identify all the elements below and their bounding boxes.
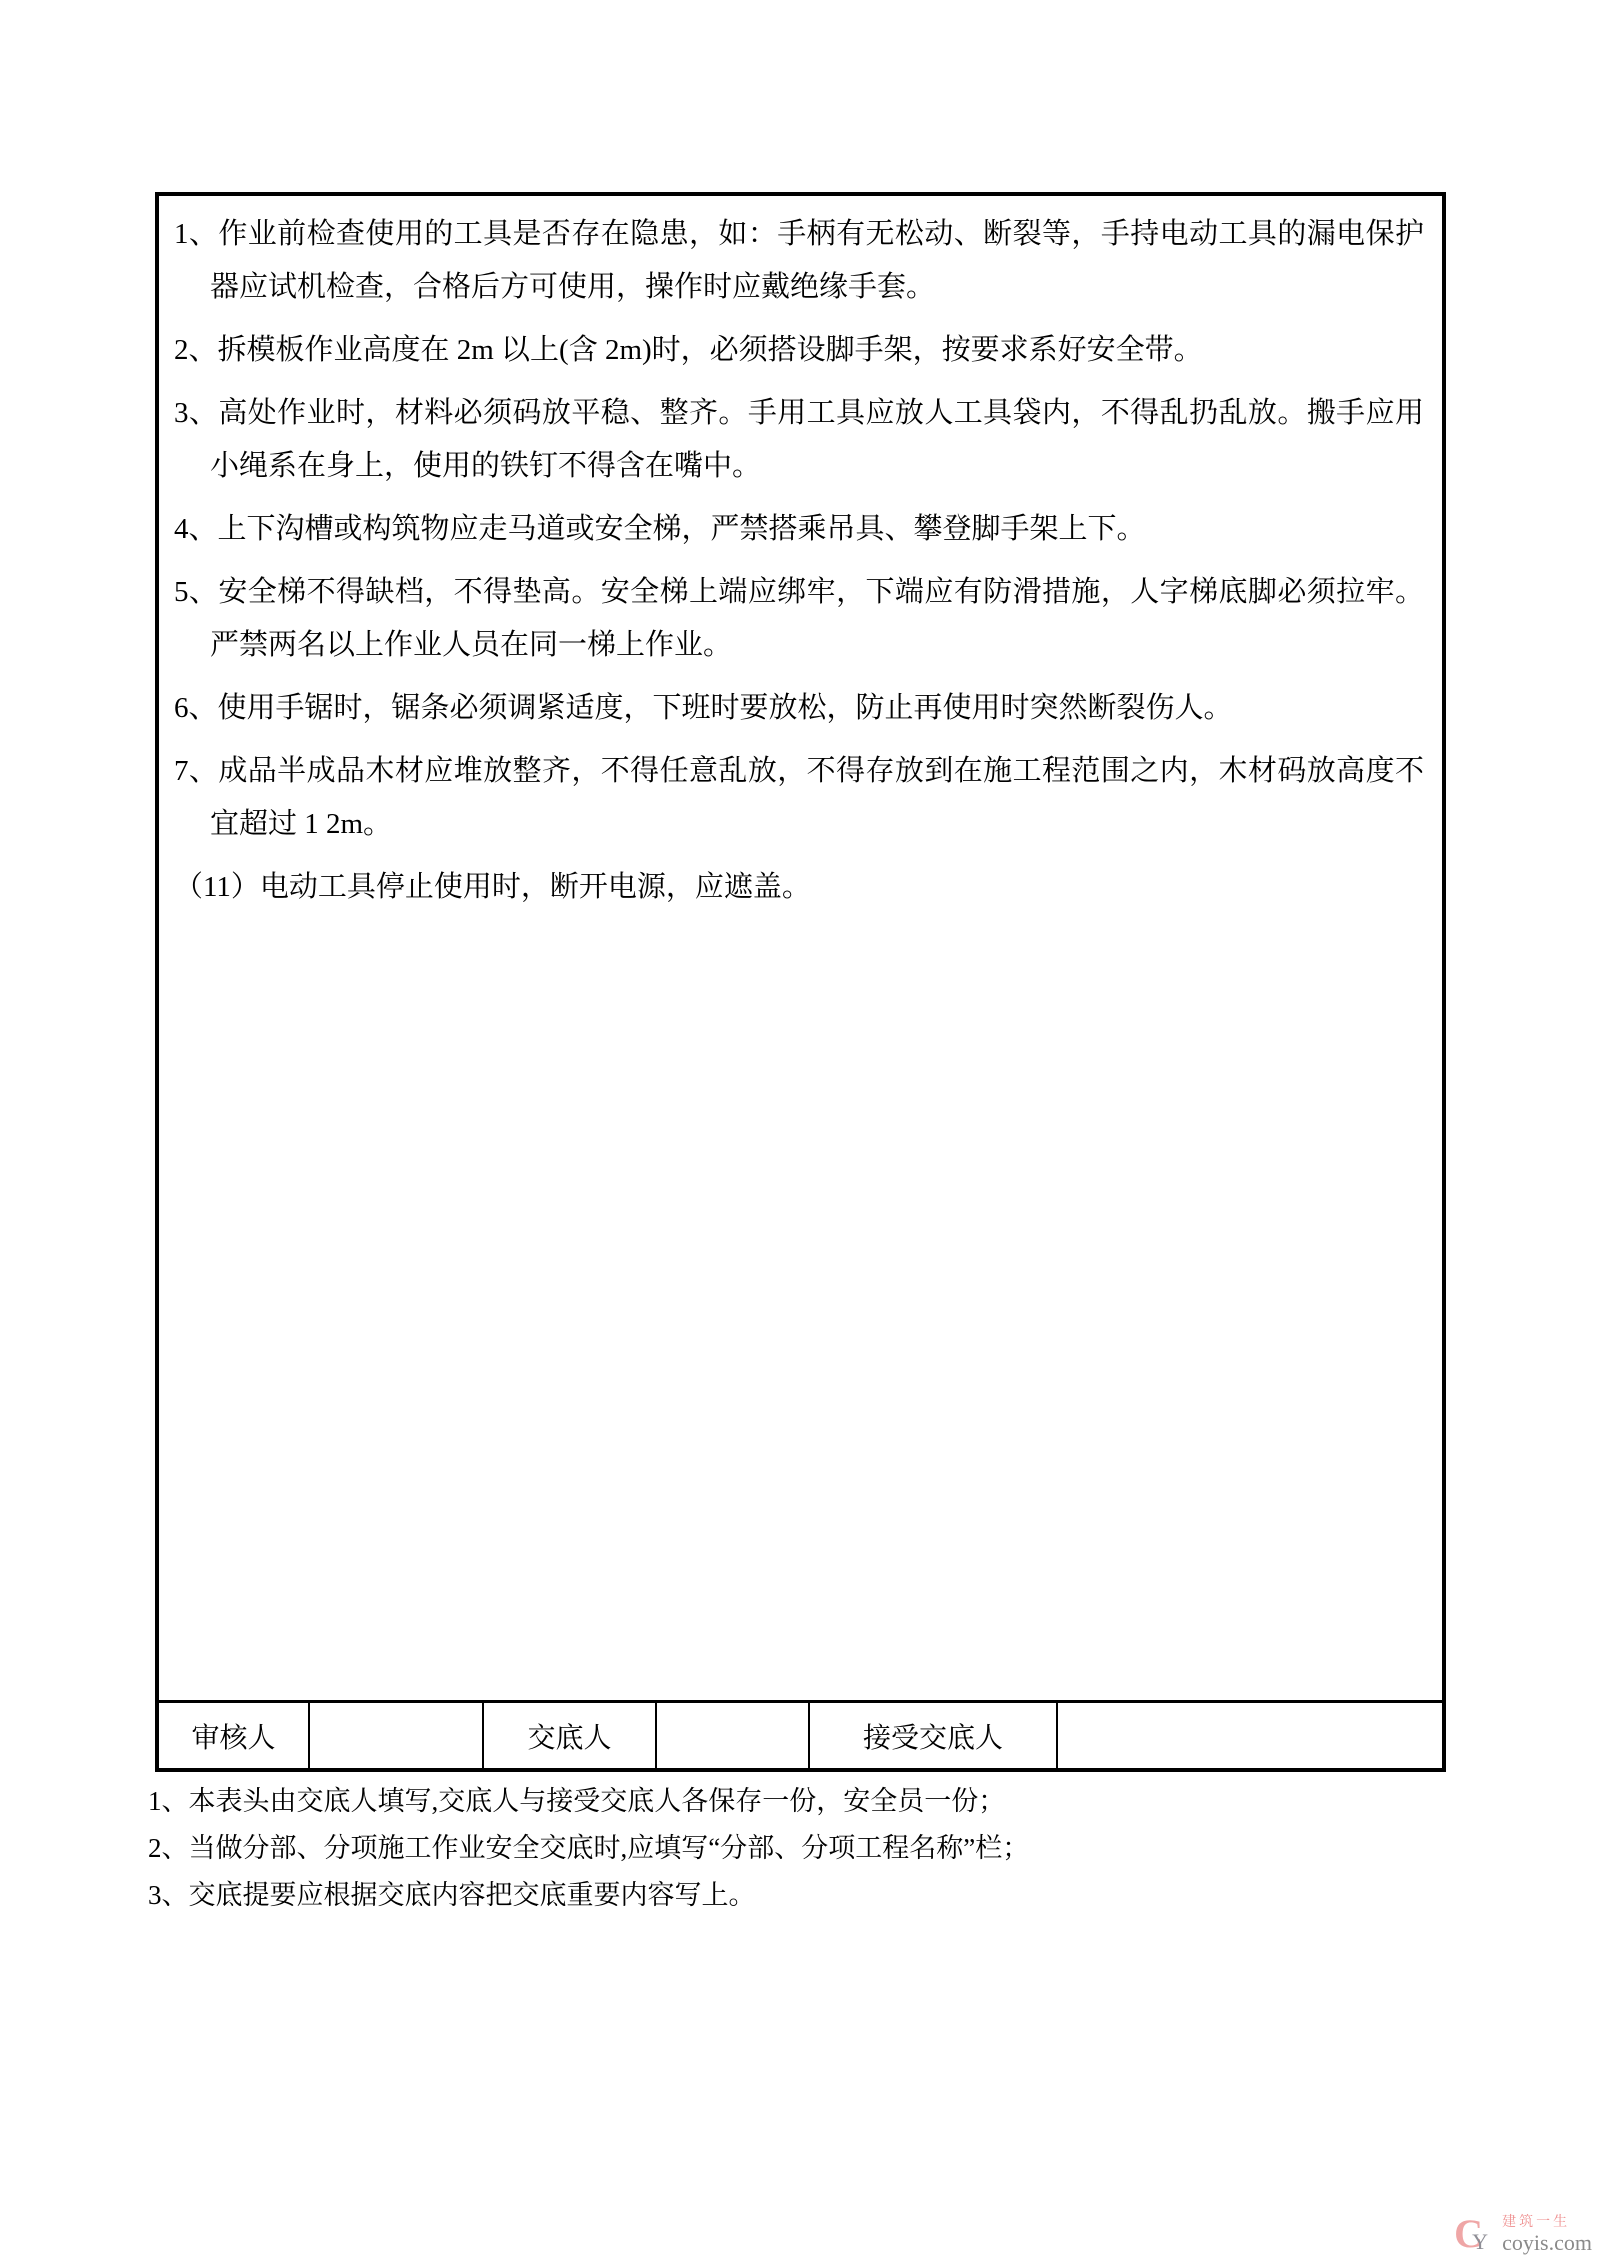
reviewer-label: 审核人 — [159, 1703, 310, 1768]
footer-notes: 1、本表头由交底人填写,交底人与接受交底人各保存一份，安全员一份； 2、当做分部… — [148, 1778, 1468, 1919]
reviewer-signature-field[interactable] — [310, 1703, 484, 1768]
watermark-site-text: coyis.com — [1502, 2230, 1592, 2255]
briefing-item: 4、上下沟槽或构筑物应走马道或安全梯，严禁搭乘吊具、攀登脚手架上下。 — [174, 503, 1424, 556]
safety-briefing-box: 1、作业前检查使用的工具是否存在隐患，如：手柄有无松动、断裂等，手持电动工具的漏… — [155, 192, 1446, 1772]
briefing-item: 1、作业前检查使用的工具是否存在隐患，如：手柄有无松动、断裂等，手持电动工具的漏… — [174, 208, 1424, 314]
discloser-label: 交底人 — [484, 1703, 657, 1768]
signature-row: 审核人 交底人 接受交底人 — [159, 1700, 1442, 1768]
footer-note: 3、交底提要应根据交底内容把交底重要内容写上。 — [148, 1872, 1468, 1919]
briefing-item: 6、使用手锯时，锯条必须调紧适度，下班时要放松，防止再使用时突然断裂伤人。 — [174, 682, 1424, 735]
watermark-text: 建筑一生 coyis.com — [1502, 2213, 1592, 2256]
briefing-content: 1、作业前检查使用的工具是否存在隐患，如：手柄有无松动、断裂等，手持电动工具的漏… — [159, 196, 1442, 1700]
logo-letter-y: Y — [1472, 2231, 1488, 2253]
footer-note: 2、当做分部、分项施工作业安全交底时,应填写“分部、分项工程名称”栏； — [148, 1825, 1468, 1872]
footer-note: 1、本表头由交底人填写,交底人与接受交底人各保存一份，安全员一份； — [148, 1778, 1468, 1825]
briefing-item: 7、成品半成品木材应堆放整齐，不得任意乱放，不得存放到在施工程范围之内，木材码放… — [174, 745, 1424, 851]
watermark: C Y 建筑一生 coyis.com — [1454, 2213, 1592, 2256]
watermark-brand-text: 建筑一生 — [1502, 2213, 1592, 2230]
recipient-signature-field[interactable] — [1058, 1703, 1442, 1768]
briefing-item: 2、拆模板作业高度在 2m 以上(含 2m)时，必须搭设脚手架，按要求系好安全带… — [174, 324, 1424, 377]
briefing-item: （11）电动工具停止使用时，断开电源，应遮盖。 — [174, 861, 1424, 914]
briefing-item: 5、安全梯不得缺档，不得垫高。安全梯上端应绑牢，下端应有防滑措施，人字梯底脚必须… — [174, 566, 1424, 672]
recipient-label: 接受交底人 — [810, 1703, 1058, 1768]
coyis-logo: C Y — [1454, 2214, 1498, 2256]
discloser-signature-field[interactable] — [657, 1703, 810, 1768]
briefing-item: 3、高处作业时，材料必须码放平稳、整齐。手用工具应放人工具袋内，不得乱扔乱放。搬… — [174, 387, 1424, 493]
document-page: 1、作业前检查使用的工具是否存在隐患，如：手柄有无松动、断裂等，手持电动工具的漏… — [0, 0, 1600, 2262]
